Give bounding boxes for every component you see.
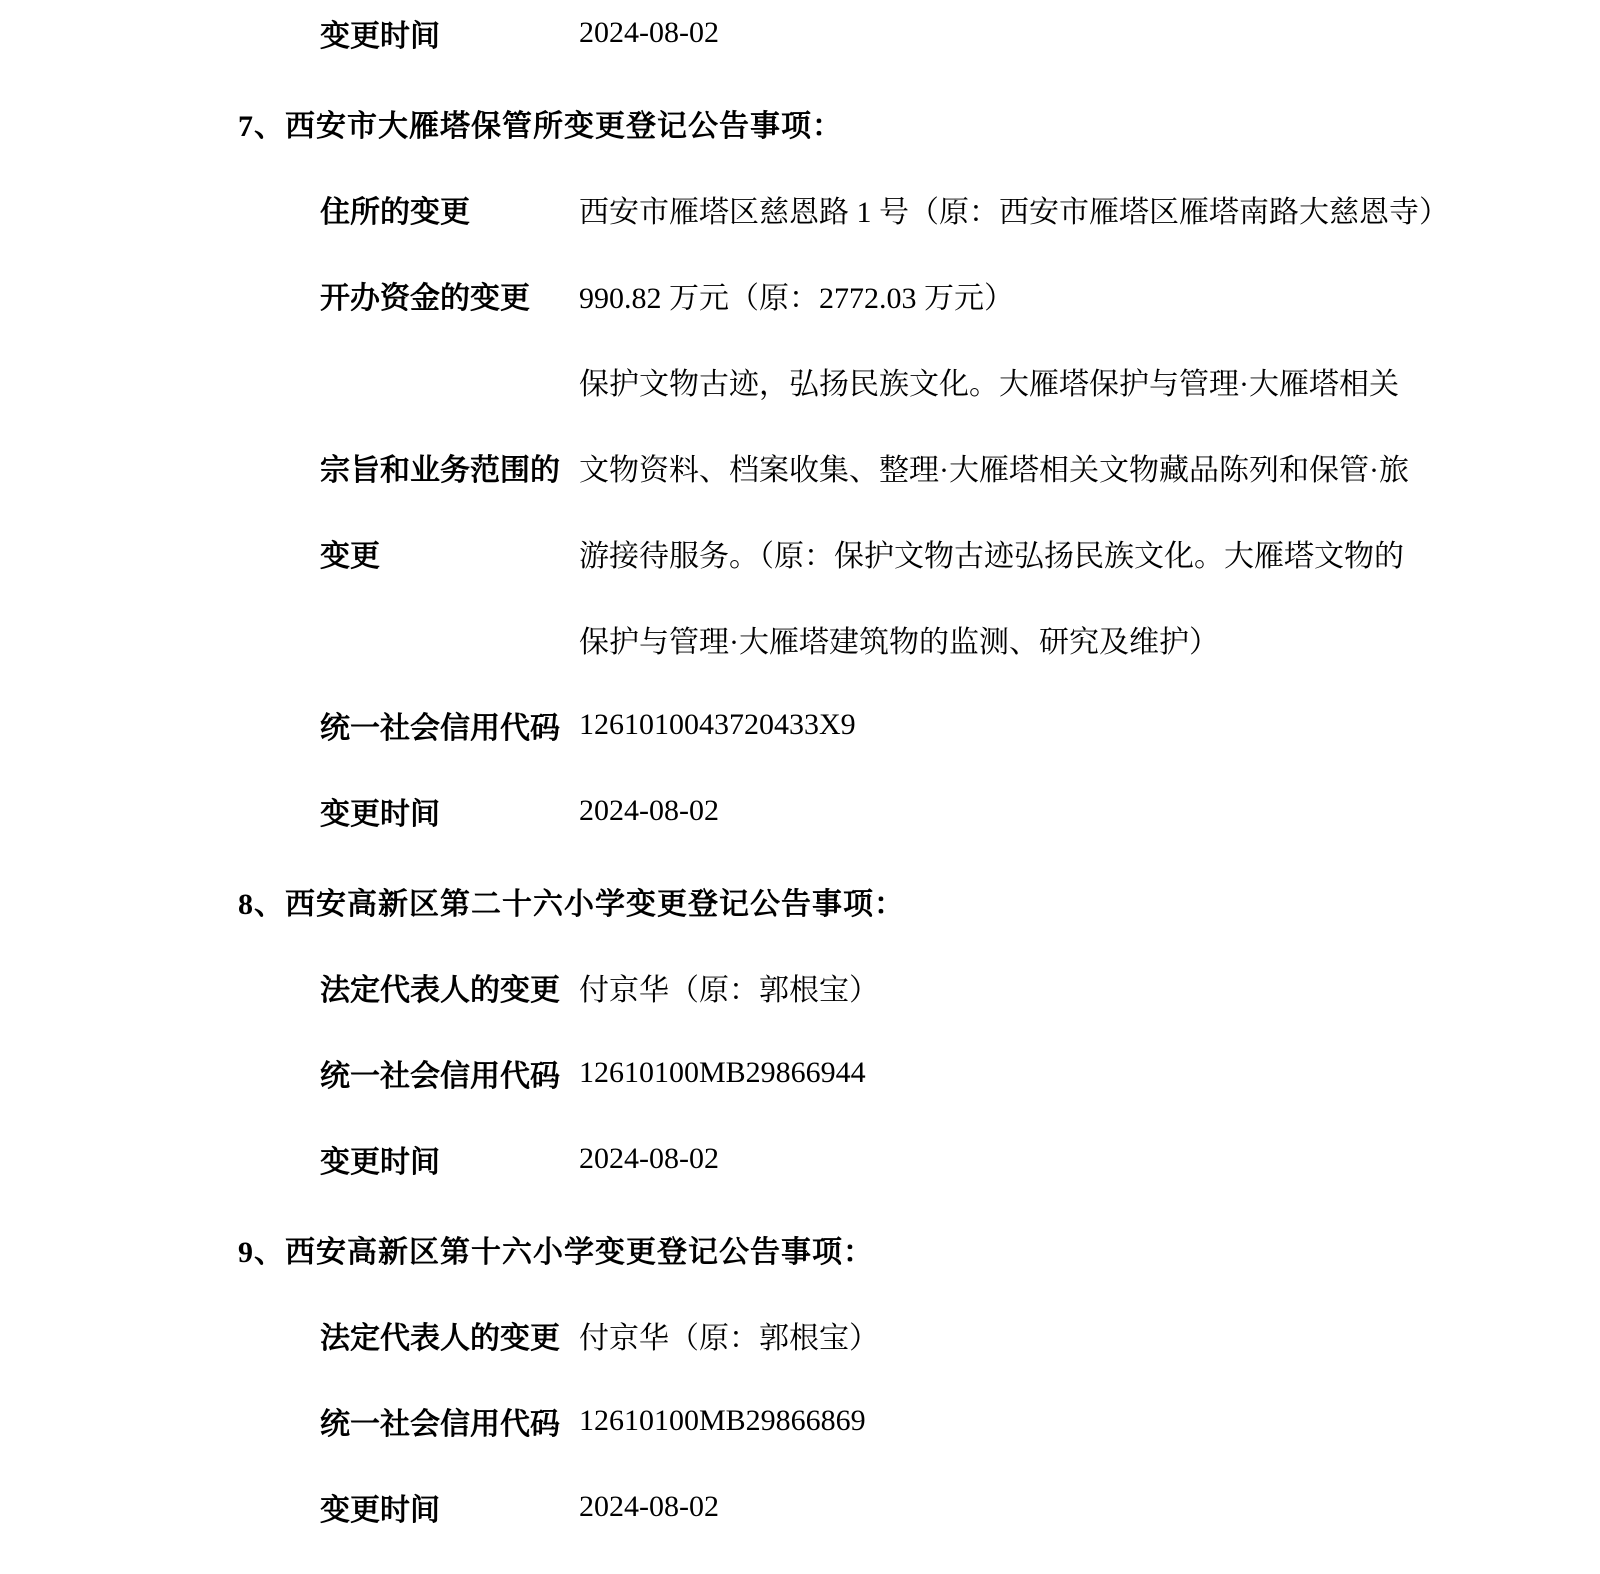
field-row: 变更时间 2024-08-02	[0, 1464, 1600, 1550]
field-value: 2024-08-02	[579, 1490, 719, 1524]
field-value: 西安市雁塔区慈恩路 1 号（原：西安市雁塔区雁塔南路大慈恩寺）	[579, 187, 1449, 231]
field-label: 变更时间	[320, 11, 440, 55]
field-label: 开办资金的变更	[320, 273, 530, 317]
field-label: 变更时间	[320, 1137, 440, 1181]
field-value-line: 游接待服务。（原：保护文物古迹弘扬民族文化。大雁塔文物的	[579, 531, 1404, 575]
field-row: 保护与管理·大雁塔建筑物的监测、研究及维护）	[0, 596, 1600, 682]
field-value: 付京华（原：郭根宝）	[579, 965, 879, 1009]
field-value-line: 保护与管理·大雁塔建筑物的监测、研究及维护）	[579, 617, 1219, 661]
field-row: 法定代表人的变更 付京华（原：郭根宝）	[0, 944, 1600, 1030]
section-heading: 8、西安高新区第二十六小学变更登记公告事项：	[238, 879, 905, 923]
section-heading: 7、西安市大雁塔保管所变更登记公告事项：	[238, 101, 843, 145]
section-8: 8、西安高新区第二十六小学变更登记公告事项：	[0, 858, 1600, 944]
field-value: 2024-08-02	[579, 1142, 719, 1176]
field-value: 2024-08-02	[579, 16, 719, 50]
section-heading: 9、西安高新区第十六小学变更登记公告事项：	[238, 1227, 874, 1271]
field-row: 法定代表人的变更 付京华（原：郭根宝）	[0, 1292, 1600, 1378]
field-value: 12610100MB29866869	[579, 1404, 866, 1438]
field-label: 统一社会信用代码	[320, 703, 560, 747]
field-value-line: 文物资料、档案收集、整理·大雁塔相关文物藏品陈列和保管·旅	[579, 445, 1409, 489]
field-label: 统一社会信用代码	[320, 1399, 560, 1443]
field-row: 统一社会信用代码 12610100MB29866869	[0, 1378, 1600, 1464]
field-row: 变更时间 2024-08-02	[0, 1116, 1600, 1202]
field-label: 变更时间	[320, 1485, 440, 1529]
section-7: 7、西安市大雁塔保管所变更登记公告事项：	[0, 80, 1600, 166]
field-row: 住所的变更 西安市雁塔区慈恩路 1 号（原：西安市雁塔区雁塔南路大慈恩寺）	[0, 166, 1600, 252]
field-label: 统一社会信用代码	[320, 1051, 560, 1095]
field-row: 变更时间 2024-08-02	[0, 0, 1600, 76]
field-row: 宗旨和业务范围的 文物资料、档案收集、整理·大雁塔相关文物藏品陈列和保管·旅	[0, 424, 1600, 510]
field-row: 统一社会信用代码 12610100MB29866944	[0, 1030, 1600, 1116]
field-value: 1261010043720433X9	[579, 708, 856, 742]
document-page: 变更时间 2024-08-02 7、西安市大雁塔保管所变更登记公告事项： 住所的…	[0, 0, 1600, 1574]
field-row: 保护文物古迹，弘扬民族文化。大雁塔保护与管理·大雁塔相关	[0, 338, 1600, 424]
field-value: 2024-08-02	[579, 794, 719, 828]
field-label: 法定代表人的变更	[320, 1313, 560, 1357]
field-label: 住所的变更	[320, 187, 470, 231]
field-row: 变更时间 2024-08-02	[0, 768, 1600, 854]
announcement-list: 变更时间 2024-08-02 7、西安市大雁塔保管所变更登记公告事项： 住所的…	[0, 0, 1600, 1550]
field-value-line: 保护文物古迹，弘扬民族文化。大雁塔保护与管理·大雁塔相关	[579, 359, 1399, 403]
field-row: 统一社会信用代码 1261010043720433X9	[0, 682, 1600, 768]
field-value: 990.82 万元（原：2772.03 万元）	[579, 273, 1014, 317]
section-9: 9、西安高新区第十六小学变更登记公告事项：	[0, 1206, 1600, 1292]
field-value: 12610100MB29866944	[579, 1056, 866, 1090]
field-row: 变更 游接待服务。（原：保护文物古迹弘扬民族文化。大雁塔文物的	[0, 510, 1600, 596]
field-label: 法定代表人的变更	[320, 965, 560, 1009]
field-row: 开办资金的变更 990.82 万元（原：2772.03 万元）	[0, 252, 1600, 338]
field-label: 宗旨和业务范围的	[320, 445, 560, 489]
field-label: 变更	[320, 531, 380, 575]
field-value: 付京华（原：郭根宝）	[579, 1313, 879, 1357]
field-label: 变更时间	[320, 789, 440, 833]
